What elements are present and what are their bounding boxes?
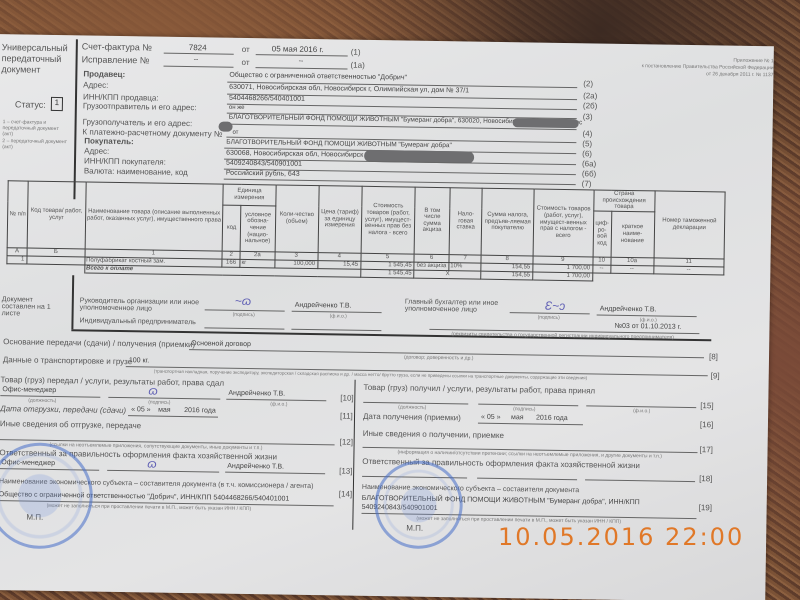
seller-address-ref: (2а) xyxy=(583,91,597,100)
head-label: Руководитель организации или иное уполно… xyxy=(80,297,200,313)
buyer-inn-label: ИНН/КПП покупателя: xyxy=(84,156,166,166)
status-note-2: 2 – передаточный документ (акт) xyxy=(2,138,70,151)
shipper-ref: (3) xyxy=(583,112,593,121)
currency-label: Валюта: наименование, код xyxy=(84,166,188,177)
shipper-label: Грузоотправитель и его адрес: xyxy=(83,101,197,112)
ship-date-label: Дата отгрузки, передачи (сдачи) xyxy=(0,404,126,415)
status-label: Статус: xyxy=(15,99,46,109)
ip-certificate: №03 от 01.10.2013 г. xyxy=(614,323,681,331)
basis-value: Основной договор xyxy=(191,340,251,348)
seller-inn-ref: (2б) xyxy=(583,101,597,110)
other-recv-label: Иные сведения о получении, приемке xyxy=(363,429,504,440)
consignee-ref: (4) xyxy=(582,129,592,138)
ref-16: [16] xyxy=(700,420,713,429)
buyer-address-ref: (6а) xyxy=(582,159,596,168)
transport-value: 100 кг. xyxy=(129,357,149,364)
th-country-name: краткое наиме-нование xyxy=(611,211,655,258)
buyer-heading: Покупатель: xyxy=(84,136,134,146)
accountant-name: Андрейченко Т.В. xyxy=(600,306,657,314)
th-excise: В том числе сумма акциза xyxy=(414,187,450,254)
transport-label: Данные о транспортировке и грузе xyxy=(3,355,133,366)
currency-ref: (7) xyxy=(582,179,592,188)
payment-doc-ref: (5) xyxy=(582,139,592,148)
buyer-inn: 5409240843/540901001 xyxy=(226,160,302,168)
basis-label: Основание передачи (сдачи) / получения (… xyxy=(3,337,195,349)
appendix-line-3: от 26 декабря 2011 г. № 1137 xyxy=(623,70,773,78)
correction-number: -- xyxy=(194,56,199,63)
ip-label: Индивидуальный предприниматель xyxy=(79,317,195,326)
ref-12: [12] xyxy=(340,437,353,446)
th-country: Страна происхождения товара xyxy=(594,190,655,212)
th-country-code: циф-ро-вой код xyxy=(593,211,612,257)
th-name: Наименование товара (описание выполненны… xyxy=(85,182,224,251)
ref-13: [13] xyxy=(339,466,352,475)
resp-left-signature: ɷ xyxy=(147,456,157,470)
buyer-inn-ref: (6б) xyxy=(582,169,596,178)
buyer-name-ref: (6) xyxy=(582,149,592,158)
total-tax: 154,55 xyxy=(481,271,533,280)
ship-month: мая xyxy=(158,407,171,414)
th-price: Цена (тариф) за единицу измерения xyxy=(318,186,362,253)
seller-name: Общество с ограниченной ответственностью… xyxy=(229,72,407,82)
handed-position: Офис-менеджер xyxy=(2,386,56,394)
invoice-from-label: от xyxy=(242,45,250,54)
sheets-note: Документ составлен на 1 листе xyxy=(2,296,68,318)
th-rate: Нало-говая ставка xyxy=(449,188,483,255)
transport-ref: [9] xyxy=(711,371,720,380)
total-cost-with-tax: 1 700,00 xyxy=(533,272,593,281)
seller-address-label: Адрес: xyxy=(83,80,108,89)
handed-name: Андрейченко Т.В. xyxy=(228,390,285,398)
consignee-label: Грузополучатель и его адрес: xyxy=(83,117,193,128)
basis-ref: [8] xyxy=(709,352,718,361)
other-ship-label: Иные сведения об отгрузке, передаче xyxy=(0,419,141,430)
th-cost-no-tax: Стоимость товаров (работ, услуг), имущес… xyxy=(361,186,416,254)
th-tax: Сумма налога, предъяв-ляемая покупателю xyxy=(482,188,534,256)
recv-day: « 05 » xyxy=(481,414,501,421)
shipper-value: он же xyxy=(229,105,245,111)
ship-year: 2016 года xyxy=(184,407,216,414)
th-num: № п/п xyxy=(7,181,28,248)
payment-doc-value: от xyxy=(232,130,238,136)
recv-month: мая xyxy=(511,414,524,421)
seller-heading: Продавец: xyxy=(83,69,125,79)
buyer-stamp xyxy=(374,460,463,549)
goods-table: № п/п Код товара/ работ, услуг Наименова… xyxy=(6,180,725,283)
invoice-label: Счет-фактура № xyxy=(82,41,152,52)
th-customs: Номер таможенной декларации xyxy=(654,191,725,259)
invoice-ref: (1) xyxy=(351,48,361,57)
head-name: Андрейченко Т.В. xyxy=(295,302,352,310)
status-box: 1 xyxy=(51,97,63,111)
status-note-1: 1 – счет-фактура и передаточный документ… xyxy=(2,119,70,138)
buyer-address: 630068, Новосибирская обл, Новосибирск xyxy=(226,150,363,159)
th-code: Код товара/ работ, услуг xyxy=(27,181,86,249)
correction-ref: (1а) xyxy=(350,61,364,70)
seller-name-ref: (2) xyxy=(583,79,593,88)
ref-11: [11] xyxy=(340,411,353,420)
ref-14: [14] xyxy=(339,489,352,498)
invoice-date: 05 мая 2016 г. xyxy=(272,44,324,54)
invoice-number: 7824 xyxy=(189,43,207,52)
correction-from-label: от xyxy=(242,58,250,67)
received-label: Товар (груз) получил / услуги, результат… xyxy=(363,383,595,396)
th-unit: Единица измерения xyxy=(223,184,276,206)
ref-18: [18] xyxy=(699,474,712,483)
correction-date: -- xyxy=(299,58,304,65)
buyer-address-label: Адрес: xyxy=(84,146,109,155)
photo-timestamp: 10.05.2016 22:00 xyxy=(498,523,744,551)
seller-inn: 5404468266/540401001 xyxy=(229,95,305,103)
recv-year: 2016 года xyxy=(536,415,568,422)
th-cost-with-tax: Стоимость товаров (работ, услуг), имущес… xyxy=(533,189,594,257)
resp-left-name: Андрейченко Т.В. xyxy=(227,463,284,471)
th-unit-name: условное обозна-чение (нацио-нальное) xyxy=(240,205,275,252)
redacted-consignee xyxy=(513,118,579,128)
currency-value: Российский рубль, 643 xyxy=(226,170,300,178)
th-qty: Коли-чество (объем) xyxy=(275,185,319,252)
recv-date-label: Дата получения (приемки) xyxy=(363,412,461,423)
document-type-title: Универсальный передаточный документ xyxy=(1,42,81,76)
head-signature: ~ɷ xyxy=(235,294,252,308)
ref-19: [19] xyxy=(699,503,712,512)
total-cost-no-tax: 1 545,45 xyxy=(360,269,414,278)
accountant-signature: Ɛ~ɔ xyxy=(545,299,566,313)
th-unit-code: код xyxy=(222,205,241,251)
ship-day: « 05 » xyxy=(131,406,151,413)
handed-signature: ɷ xyxy=(148,383,158,397)
correction-label: Исправление № xyxy=(82,54,150,65)
upd-document: Универсальный передаточный документ Стат… xyxy=(0,34,774,600)
ref-15: [15] xyxy=(700,401,713,410)
ref-17: [17] xyxy=(699,445,712,454)
ref-10: [10] xyxy=(340,393,353,402)
